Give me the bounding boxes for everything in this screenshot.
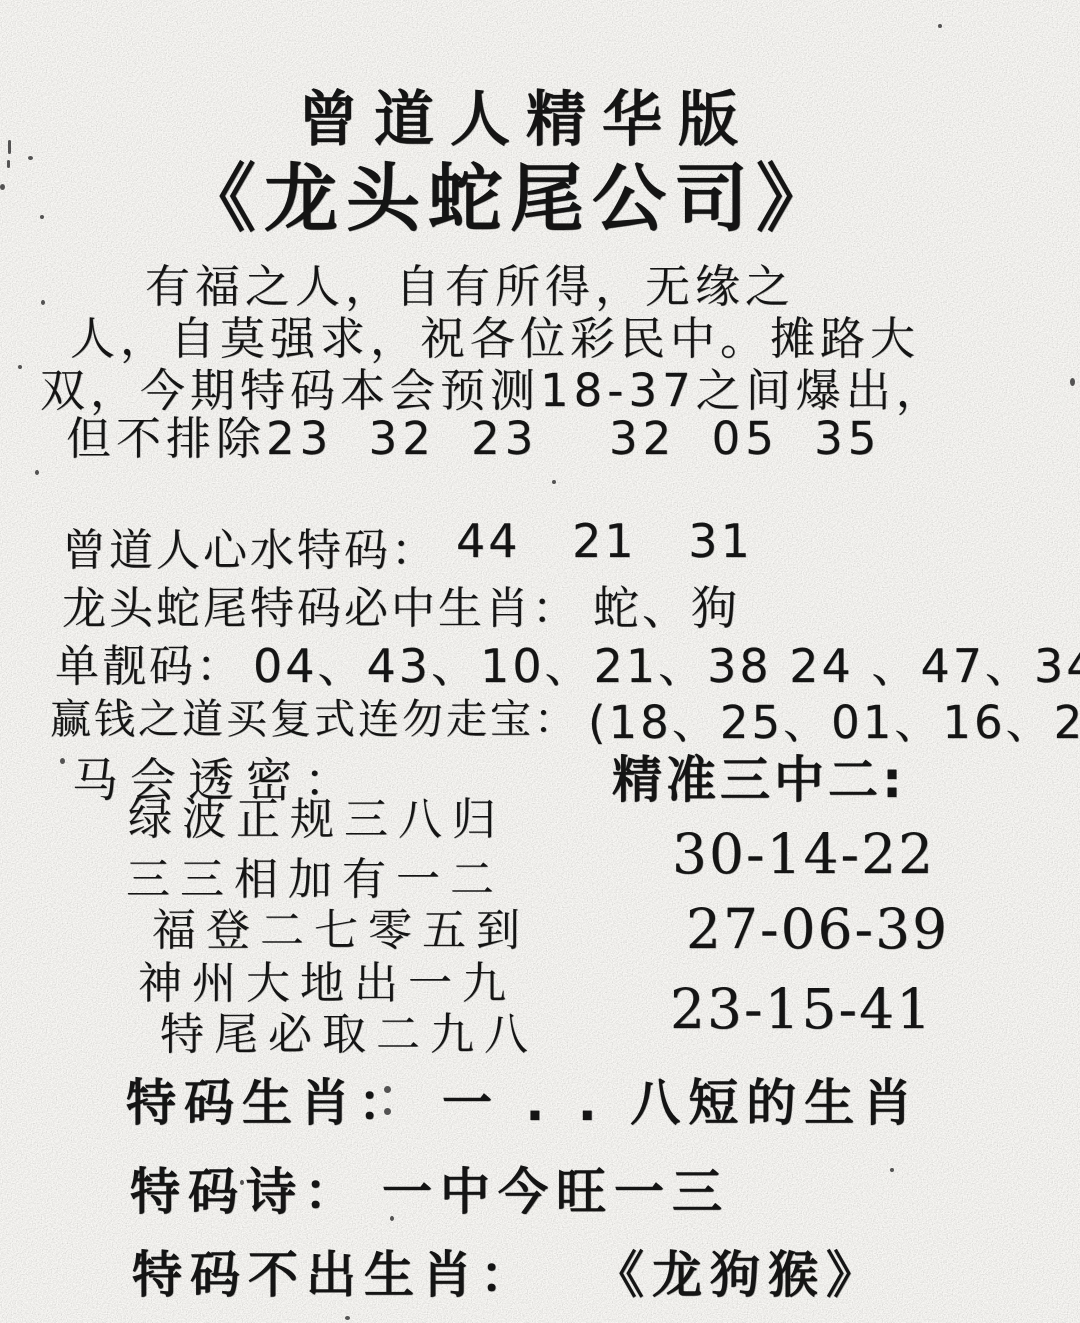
scan-speck [1070,378,1075,386]
scan-speck [28,156,33,160]
fushi-label: 赢钱之道买复式连勿走宝： [50,686,578,745]
scan-speck [18,365,22,369]
scan-speck [384,1108,391,1115]
tema-shi-row: 特码诗： 一中今旺一三 [130,1152,730,1224]
scan-speck [0,184,5,190]
prediction-row-xinshui: 曾道人心水特码： 44 21 31 [62,514,753,578]
scan-speck [35,470,39,475]
scan-speck [240,1180,244,1185]
xinshui-numbers: 44 21 31 [456,514,753,568]
bixhong-shengxiao-label: 龙头蛇尾特码必中生肖： [62,572,579,636]
scan-speck [938,24,942,28]
tema-shengxiao-value: 一 . . 八短的生肖 [442,1063,920,1135]
prediction-row-shengxiao: 龙头蛇尾特码必中生肖： 蛇、狗 [62,572,740,638]
scan-speck [384,1086,391,1093]
scanned-document-page: 曾道人精华版 《龙头蛇尾公司》 有福之人，自有所得，无缘之 人，自莫强求，祝各位… [0,0,1080,1323]
scan-speck [345,1316,350,1320]
prediction-row-fushi: 赢钱之道买复式连勿走宝： (18、25、01、16、23、41) [50,686,1080,751]
intro-line-4: 但不排除23 32 23 32 05 35 [66,402,881,467]
bixhong-shengxiao-value: 蛇、狗 [593,572,740,638]
tema-shengxiao-row: 特码生肖： 一 . . 八短的生肖 [126,1063,920,1135]
scan-speck [390,1216,394,1221]
number-group-2: 27-06-39 [686,897,949,961]
number-group-1: 30-14-22 [672,822,935,886]
tema-buchu-row: 特码不出生肖： 《龙狗猴》 [132,1235,884,1307]
scan-speck [7,160,10,168]
poem-line-5: 特尾必取二九八 [160,998,538,1062]
tema-shi-value: 一中今旺一三 [382,1152,730,1224]
tema-shi-label: 特码诗： [130,1152,362,1224]
poem-line-1: 绿波正规三八归 [128,783,506,847]
tema-shengxiao-label: 特码生肖： [126,1063,416,1135]
scan-speck [552,480,556,484]
scan-speck [8,140,11,154]
company-title: 《龙头蛇尾公司》 [0,140,1050,246]
scan-speck [60,758,65,764]
tema-buchu-label: 特码不出生肖： [132,1235,538,1307]
scan-speck [41,300,45,305]
liangma-label: 单靓码： [55,630,243,694]
xinshui-label: 曾道人心水特码： [62,514,438,578]
scan-speck [40,215,44,219]
sanzhong-er-title: 精准三中二: [612,740,906,812]
number-group-3: 23-15-41 [670,977,933,1041]
tema-buchu-value: 《龙狗猴》 [594,1235,884,1307]
scan-speck [890,1168,894,1172]
